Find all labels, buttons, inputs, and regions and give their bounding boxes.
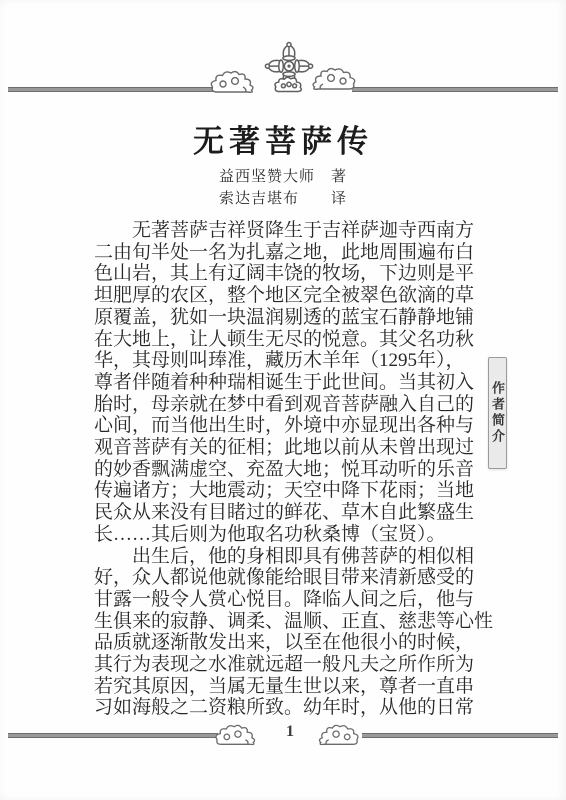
body-text-line: 胎时，母亲就在梦中看到观音菩萨融入自己的 — [94, 394, 476, 416]
body-text-line: 在大地上，让人顿生无尽的悦意。其父名功秋 — [94, 329, 476, 351]
translator-byline: 索达吉堪布 译 — [0, 187, 566, 208]
tab-author-intro-label: 作者简介 — [488, 381, 507, 445]
footer-rule-left — [8, 733, 218, 738]
tab-author-intro[interactable]: 作者简介 — [488, 357, 507, 469]
header-rule-right — [352, 87, 558, 92]
body-text-line: 二由旬半处一名为扎嘉之地，此地周围遍布白 — [94, 242, 476, 264]
body-text-line: 其行为表现之水准就远超一般凡夫之所作所为 — [94, 654, 476, 676]
header-rule-left — [8, 87, 220, 92]
book-page: 无著菩萨传 益西坚赞大师 著 索达吉堪布 译 无著菩萨吉祥贤降生于吉祥萨迦寺西南… — [0, 0, 566, 800]
page-title: 无著菩萨传 — [0, 116, 566, 161]
body-text-line: 华，其母则叫琫准，藏历木羊年（1295年）， — [94, 350, 476, 372]
body-text-line: 若究其原因，当属无量生世以来，尊者一直串 — [94, 676, 476, 698]
body-text-line: 习如海般之二资粮所致。幼年时，从他的日常 — [94, 697, 476, 719]
cloud-icon — [314, 723, 360, 748]
body-text: 无著菩萨吉祥贤降生于吉祥萨迦寺西南方 二由旬半处一名为扎嘉之地，此地周围遍布白 … — [94, 220, 476, 719]
body-text-line: 长……其后则为他取名功秋桑博（宝贤）。 — [94, 524, 476, 546]
body-text-line: 民众从来没有目睹过的鲜花、草木自此繁盛生 — [94, 502, 476, 524]
body-text-line: 生俱来的寂静、调柔、温顺、正直、慈悲等心性 — [94, 611, 476, 633]
footer-rule-right — [362, 733, 558, 738]
cloud-icon — [210, 69, 258, 96]
body-text-line: 甘露一般令人赏心悦目。降临人间之后，他与 — [94, 589, 476, 611]
body-text-line: 品质就逐渐散发出来，以至在他很小的时候， — [94, 632, 476, 654]
body-text-line: 无著菩萨吉祥贤降生于吉祥萨迦寺西南方 — [94, 220, 476, 242]
body-text-line: 尊者伴随着种种瑞相诞生于此世间。当其初入 — [94, 372, 476, 394]
body-text-line: 的妙香飘满虚空、充盈大地；悦耳动听的乐音 — [94, 459, 476, 481]
body-text-line: 观音菩萨有关的征相；此地以前从未曾出现过 — [94, 437, 476, 459]
page-number: 1 — [276, 723, 304, 741]
cloud-icon — [308, 66, 356, 93]
body-text-line: 坦肥厚的农区，整个地区完全被翠色欲滴的草 — [94, 285, 476, 307]
author-byline: 益西坚赞大师 著 — [0, 165, 566, 186]
body-text-line: 心间，而当他出生时，外境中亦显现出各种与 — [94, 415, 476, 437]
body-text-line: 传遍诸方；大地震动；天空中降下花雨；当地 — [94, 480, 476, 502]
body-text-line: 原覆盖，犹如一块温润剔透的蓝宝石静静地铺 — [94, 307, 476, 329]
cloud-icon — [214, 723, 260, 748]
body-text-line: 好，众人都说他就像能给眼目带来清新感受的 — [94, 567, 476, 589]
body-text-line: 出生后，他的身相即具有佛菩萨的相似相 — [94, 546, 476, 568]
body-text-line: 色山岩，其上有辽阔丰饶的牧场，下边则是平 — [94, 263, 476, 285]
